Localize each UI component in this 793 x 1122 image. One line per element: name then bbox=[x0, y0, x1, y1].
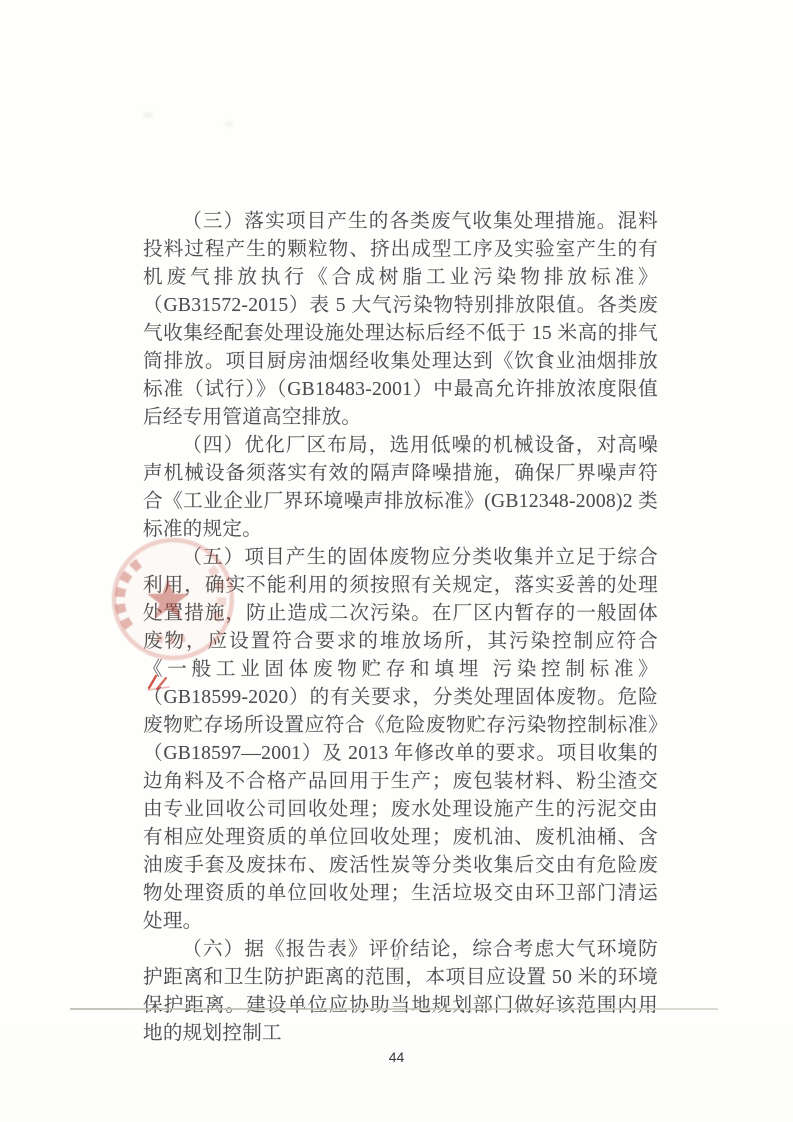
scan-page-number: 3 bbox=[0, 951, 793, 963]
paragraph-noise: （四）优化厂区布局，选用低噪的机械设备，对高噪声机械设备须落实有效的隔声降噪措施… bbox=[143, 432, 658, 544]
scan-smudge bbox=[225, 122, 233, 126]
paragraph-waste-gas: （三）落实项目产生的各类废气收集处理措施。混料投料过程产生的颗粒物、挤出成型工序… bbox=[143, 208, 658, 432]
document-body-text: （三）落实项目产生的各类废气收集处理措施。混料投料过程产生的颗粒物、挤出成型工序… bbox=[143, 208, 658, 1048]
scanned-document-page: （三）落实项目产生的各类废气收集处理措施。混料投料过程产生的颗粒物、挤出成型工序… bbox=[0, 0, 793, 1030]
scan-smudge bbox=[142, 113, 154, 117]
seal-arc-text-left bbox=[120, 563, 139, 627]
pdf-page-number: 44 bbox=[0, 1049, 793, 1065]
paragraph-solid-waste: （五）项目产生的固体废物应分类收集并立足于综合利用，确实不能利用的须按照有关规定… bbox=[143, 544, 658, 936]
scan-page-bottom-edge bbox=[70, 1008, 718, 1010]
